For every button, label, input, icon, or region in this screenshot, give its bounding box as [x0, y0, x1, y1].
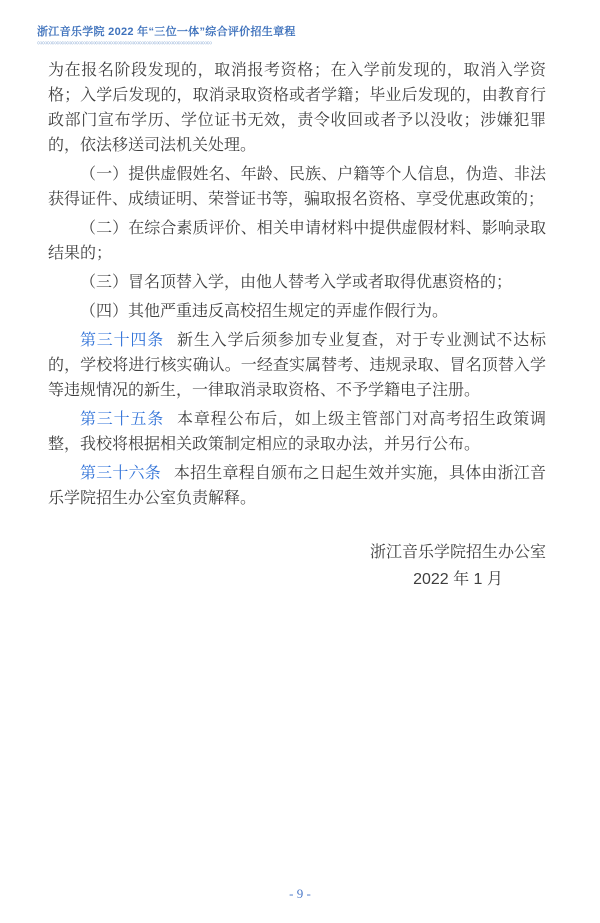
- clause-item-1: （一）提供虚假姓名、年龄、民族、户籍等个人信息，伪造、非法获得证件、成绩证明、荣…: [48, 162, 546, 212]
- article-paragraph-36: 第三十六条本招生章程自颁布之日起生效并实施，具体由浙江音乐学院招生办公室负责解释…: [48, 461, 546, 511]
- clause-item-2: （二）在综合素质评价、相关申请材料中提供虚假材料、影响录取结果的；: [48, 216, 546, 266]
- article-number-34: 第三十四条: [80, 332, 164, 349]
- article-paragraph-34: 第三十四条新生入学后须参加专业复查，对于专业测试不达标的，学校将进行核实确认。一…: [48, 328, 546, 403]
- clause-item-3: （三）冒名顶替入学，由他人替考入学或者取得优惠资格的；: [48, 270, 546, 295]
- page-number: - 9 -: [0, 886, 600, 902]
- paragraph-intro: 为在报名阶段发现的，取消报考资格；在入学前发现的，取消入学资格；入学后发现的，取…: [48, 58, 546, 158]
- article-number-35: 第三十五条: [80, 411, 164, 428]
- article-number-36: 第三十六条: [80, 465, 161, 482]
- article-paragraph-35: 第三十五条本章程公布后，如上级主管部门对高考招生政策调整，我校将根据相关政策制定…: [48, 407, 546, 457]
- signature-block: 浙江音乐学院招生办公室 2022 年 1 月: [370, 539, 546, 593]
- document-body: 为在报名阶段发现的，取消报考资格；在入学前发现的，取消入学资格；入学后发现的，取…: [48, 58, 546, 593]
- clause-item-4: （四）其他严重违反高校招生规定的弄虚作假行为。: [48, 299, 546, 324]
- chain-divider-icon: ∞∞∞∞∞∞∞∞∞∞∞∞∞∞∞∞∞∞∞∞∞∞∞∞∞∞∞∞∞∞∞∞∞∞∞∞: [37, 39, 537, 47]
- signature-office: 浙江音乐学院招生办公室: [370, 539, 546, 566]
- document-page: 浙江音乐学院 2022 年“三位一体”综合评价招生章程 ∞∞∞∞∞∞∞∞∞∞∞∞…: [0, 0, 600, 923]
- document-header: 浙江音乐学院 2022 年“三位一体”综合评价招生章程 ∞∞∞∞∞∞∞∞∞∞∞∞…: [37, 25, 537, 47]
- document-header-title: 浙江音乐学院 2022 年“三位一体”综合评价招生章程: [37, 25, 537, 39]
- signature-date: 2022 年 1 月: [370, 566, 546, 593]
